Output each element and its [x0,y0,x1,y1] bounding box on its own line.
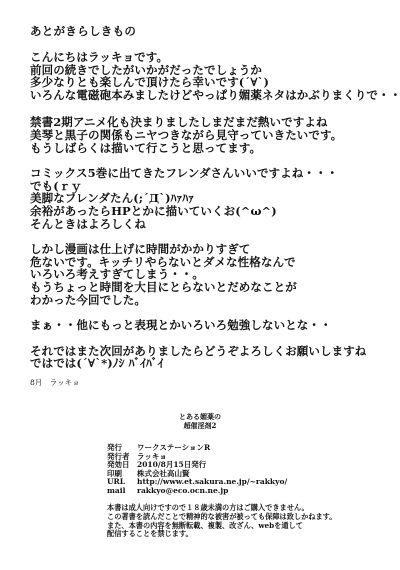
credit-key: mail [107,487,137,496]
paragraph-study: まぁ・・他にもっと表現とかいろいろ勉強しないとな・・ [30,319,390,332]
paragraph-anime: 禁書2期アニメ化も決まりましたしまだまだ熱いですよね 美琴と黒子の関係もニヤつき… [30,116,390,154]
afterword-page: あとがきらしきもの こんにちはラッキョです。 前回の続きでしたがいかがだったでし… [0,0,400,570]
paragraph-greeting: こんにちはラッキョです。 前回の続きでしたがいかがだったでしょうか 多少なりとも… [30,51,390,103]
text-line-main: いろんな電磁砲本みましたけどやっぱり媚薬ネタはかぶりまくりで・・・ [30,88,400,102]
text-line: しかし漫画は仕上げに時間がかかりすぎて [30,243,390,256]
paragraph-closing: それではまた次回がありましたらどうぞよろしくお願いしますね ではでは(´∀`*)… [30,345,390,370]
text-line: そんときはよろしくね [30,218,390,231]
afterword-section: あとがきらしきもの こんにちはラッキョです。 前回の続きでしたがいかがだったでし… [30,25,390,388]
text-line: 余裕があったらHPとかに描いていくお(^ω^) [30,205,390,218]
book-title: とある媚薬の 超催淫剤2 [0,412,400,430]
paragraph-frenda: コミックス5巻に出てきたフレンダさんいいですよね・・・ でも(ｒｙ 美脚なフレン… [30,167,390,230]
legal-notice: 本書は成人向けですので１８歳未満の方はご購入できません。 この著書を読んだことで… [107,504,336,539]
text-line: 美琴と黒子の関係もニヤつきながら見守っていきたいです。 [30,129,390,142]
paragraph-manga-time: しかし漫画は仕上げに時間がかかりすぎて 危ないです。キッチリやらないとダメな性格… [30,243,390,306]
colophon: とある媚薬の 超催淫剤2 発行 ワークステーションR 発行者 ラッキョ 発効日 … [0,412,400,440]
afterword-heading: あとがきらしきもの [30,25,390,38]
credit-row-publisher: 発行 ワークステーションR [107,444,287,453]
credit-value-mail: rakkyo@eco.ocn.ne.jp [137,487,228,496]
credit-row-date: 発効日 2010/8月15日発行 [107,461,287,470]
credit-row-mail: mail rakkyo@eco.ocn.ne.jp [107,487,287,496]
text-line: コミックス5巻に出てきたフレンダさんいいですよね・・・ [30,167,390,180]
text-line: わかった今回でした。 [30,294,390,307]
text-line: いろんな電磁砲本みましたけどやっぱり媚薬ネタはかぶりまくりで・・・ｱﾊﾊ [30,89,390,104]
text-line: まぁ・・他にもっと表現とかいろいろ勉強しないとな・・ [30,319,390,332]
credits-table: 発行 ワークステーションR 発行者 ラッキョ 発効日 2010/8月15日発行 … [107,444,287,496]
notice-line: 配信することを禁じます。 [107,530,336,539]
text-line: もうしばらくは描いて行こうと思ってます。 [30,142,390,155]
text-line: ではでは(´∀`*)ﾉｼ ﾊﾞｲﾊﾞｲ [30,357,390,370]
text-line: こんにちはラッキョです。 [30,51,390,64]
signature: 8月 ラッキョ [30,378,390,388]
text-line: もうちょっと時間を大目にとらないとだめなことが [30,281,390,294]
book-title-line1: とある媚薬の [0,412,400,421]
book-title-line2: 超催淫剤2 [0,421,400,430]
